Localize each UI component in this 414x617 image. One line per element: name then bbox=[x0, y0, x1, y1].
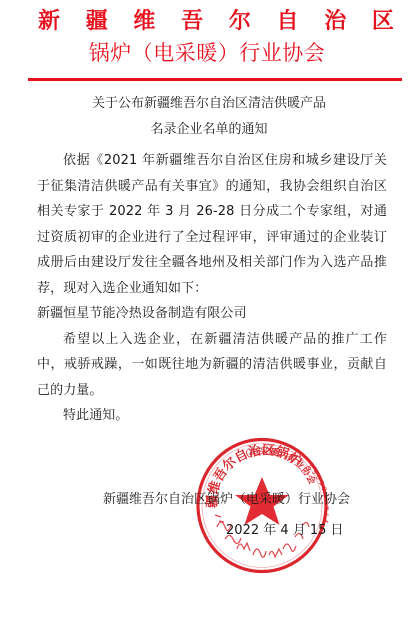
letterhead-char: 疆 bbox=[86, 8, 108, 34]
body-paragraph-1: 依据《2021 年新疆维吾尔自治区住房和城乡建设厅关于征集清洁供暖产品有关事宜》… bbox=[37, 148, 387, 301]
signing-organization: 新疆维吾尔自治区锅炉（电采暖）行业协会 bbox=[103, 491, 350, 509]
document-page: 新 疆 维 吾 尔 自 治 区 锅炉（电采暖）行业协会 关于公布新疆维吾尔自治区… bbox=[0, 0, 414, 617]
signing-date: 2022 年 4 月 15 日 bbox=[226, 522, 344, 540]
notice-title-line2: 名录企业名单的通知 bbox=[0, 121, 414, 139]
body-paragraph-2: 希望以上入选企业，在新疆清洁供暖产品的推广工作中，戒骄戒躁，一如既往地为新疆的清… bbox=[37, 327, 387, 404]
letterhead-char: 区 bbox=[372, 8, 394, 34]
letterhead-char: 自 bbox=[277, 8, 299, 34]
letterhead-char: 新 bbox=[38, 8, 60, 34]
letterhead-char: 尔 bbox=[229, 8, 251, 34]
letterhead-org-name-line2: 锅炉（电采暖）行业协会 bbox=[0, 40, 414, 66]
letterhead-char: 维 bbox=[133, 8, 155, 34]
letterhead-org-name-line1: 新 疆 维 吾 尔 自 治 区 bbox=[30, 8, 402, 34]
notice-title-line1: 关于公布新疆维吾尔自治区清洁供暖产品 bbox=[0, 95, 414, 113]
letterhead-divider bbox=[28, 78, 402, 81]
notice-body: 依据《2021 年新疆维吾尔自治区住房和城乡建设厅关于征集清洁供暖产品有关事宜》… bbox=[37, 148, 387, 429]
letterhead-char: 吾 bbox=[181, 8, 203, 34]
closing-line: 特此通知。 bbox=[37, 403, 387, 429]
letterhead-char: 治 bbox=[324, 8, 346, 34]
selected-company-name: 新疆恒星节能冷热设备制造有限公司 bbox=[37, 301, 387, 327]
